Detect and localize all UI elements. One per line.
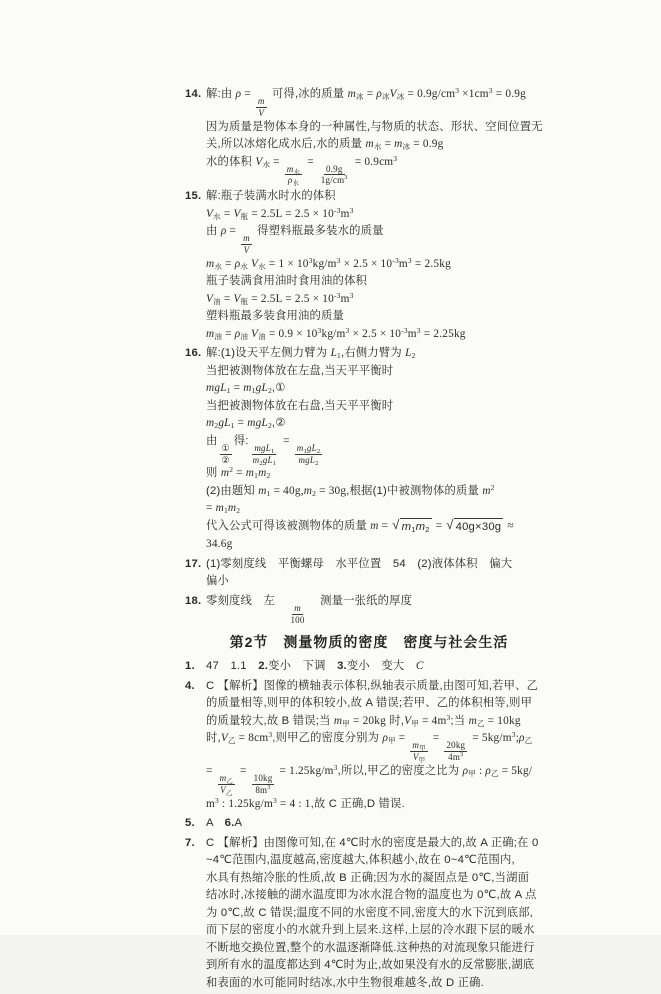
formula: = bbox=[237, 765, 250, 777]
formula: m冰 = ρ冰V冰 = 0.9g/cm3 ×1cm3 = 0.9g bbox=[348, 88, 526, 100]
answer-entry-16: 16.解:(1)设天平左侧力臂为 L1,右侧力臂为 L2当把被测物体放在左盘,当… bbox=[185, 345, 553, 554]
solution-line: 的质量相等,则甲的体积较小,故 A 错误;若甲、乙的体积相等,则甲 bbox=[206, 695, 553, 713]
solution-line: C 【解析】图像的横轴表示体积,纵轴表示质量,由图可知,若甲、乙 bbox=[206, 678, 553, 696]
solution-line: 则 m2 = m1m2 bbox=[206, 465, 553, 483]
fraction: m水ρ水 bbox=[285, 164, 302, 187]
answer-entry-7: 7.C 【解析】由图像可知,在 4℃时水的密度是最大的,故 A 正确;在 0~4… bbox=[185, 835, 553, 935]
formula: ρ甲 = bbox=[382, 732, 408, 744]
text-run: ,故 C 正确,D 错误. bbox=[311, 798, 405, 810]
formula: = bbox=[433, 520, 446, 532]
text-run: 测量一张纸的厚度 bbox=[309, 595, 412, 607]
solution-line: 关,所以冰熔化成水后,水的质量 m水 = m冰 = 0.9g bbox=[206, 136, 553, 154]
text-run: 偏小 bbox=[206, 575, 229, 587]
formula: = m1m2 bbox=[206, 502, 240, 514]
fraction: mV bbox=[241, 233, 252, 256]
formula: L2 bbox=[405, 347, 415, 359]
solution-line: (1)零刻度线 平衡螺母 水平位置 54 (2)液体体积 偏大 bbox=[206, 556, 553, 574]
problem-number: 7. bbox=[185, 835, 195, 853]
solution-line: ~4℃范围内,温度越高,密度越大,体积越小,故在 0~4℃范围内, bbox=[206, 852, 553, 870]
formula: ρ = bbox=[221, 225, 239, 237]
solution-line: 解:由 ρ = mV 可得,冰的质量 m冰 = ρ冰V冰 = 0.9g/cm3 … bbox=[206, 86, 553, 119]
solution-line: 塑料瓶最多装食用油的质量 bbox=[206, 308, 553, 326]
solution-line: 因为质量是物体本身的一种属性,与物质的状态、形状、空间位置无 bbox=[206, 119, 553, 137]
formula: m1 = 40g,m2 = 30g bbox=[258, 485, 346, 497]
fraction: m甲V甲 bbox=[410, 740, 427, 763]
answer-entry-17: 17.(1)零刻度线 平衡螺母 水平位置 54 (2)液体体积 偏大偏小 bbox=[185, 556, 553, 591]
solution-line: 34.6g bbox=[206, 536, 553, 554]
text-run: 的质量较大,故 B 错误;当 bbox=[206, 715, 334, 727]
answer-entry-18: 18.零刻度线 左 m100 测量一张纸的厚度 bbox=[185, 593, 553, 626]
formula: m = bbox=[370, 520, 391, 532]
text-run: 变小 下调 bbox=[268, 660, 337, 672]
answer-entry-14: 14.解:由 ρ = mV 可得,冰的质量 m冰 = ρ冰V冰 = 0.9g/c… bbox=[185, 86, 553, 186]
text-run: 塑料瓶最多装食用油的质量 bbox=[206, 310, 344, 322]
inline-answer-number: 6. bbox=[225, 817, 235, 829]
problem-number: 5. bbox=[185, 815, 195, 833]
formula: = bbox=[304, 156, 317, 168]
problem-number: 16. bbox=[185, 345, 201, 363]
fraction: mgL1m2gL1 bbox=[251, 443, 279, 466]
text-run: 结冰时,冰接触的湖水温度即为冰水混合物的温度也为 0℃,故 A 点 bbox=[206, 889, 537, 901]
solution-line: 由 ρ = mV 得塑料瓶最多装水的质量 bbox=[206, 223, 553, 256]
text-run: 解:(1)设天平左侧力臂为 bbox=[206, 347, 331, 359]
answer-entry-15: 15.解:瓶子装满水时水的体积V水 = V瓶 = 2.5L = 2.5 × 10… bbox=[185, 188, 553, 343]
text-run: ~4℃范围内,温度越高,密度越大,体积越小,故在 0~4℃范围内, bbox=[206, 854, 515, 866]
formula: m水 = ρ水 V水 = 1 × 103kg/m3 × 2.5 × 10-3m3… bbox=[206, 258, 451, 270]
square-root: √40g×30g bbox=[446, 518, 503, 537]
formula: V油 = V瓶 = 2.5L = 2.5 × 10-3m3 bbox=[206, 293, 354, 305]
solution-line: 水的体积 V水 = m水ρ水 = 0.9g1g/cm3 = 0.9cm3 bbox=[206, 154, 553, 187]
text-run: 水的体积 bbox=[206, 156, 255, 168]
page-content-column: 14.解:由 ρ = mV 可得,冰的质量 m冰 = ρ冰V冰 = 0.9g/c… bbox=[185, 86, 553, 935]
solution-line: m油 = ρ油 V油 = 0.9 × 103kg/m3 × 2.5 × 10-3… bbox=[206, 326, 553, 344]
text-run: 瓶子装满食用油时食用油的体积 bbox=[206, 275, 367, 287]
solution-line: m水 = ρ水 V水 = 1 × 103kg/m3 × 2.5 × 10-3m3… bbox=[206, 256, 553, 274]
solution-line: = m乙V乙 = 10kg8m3 = 1.25kg/m3,所以,甲乙的密度之比为… bbox=[206, 763, 553, 796]
fraction: 0.9g1g/cm3 bbox=[319, 164, 350, 187]
solution-line: 结冰时,冰接触的湖水温度即为冰水混合物的温度也为 0℃,故 A 点 bbox=[206, 887, 553, 905]
formula: V甲 = 4m3 bbox=[404, 715, 450, 727]
text-run: A bbox=[234, 817, 242, 829]
solution-line: 零刻度线 左 m100 测量一张纸的厚度 bbox=[206, 593, 553, 626]
text-run: 而下层的密度小的水就升到上层来.这样,上层的冷水跟下层的暖水 bbox=[206, 924, 535, 935]
solution-line: = m1m2 bbox=[206, 500, 553, 518]
formula: V水 = V瓶 = 2.5L = 2.5 × 10-3m3 bbox=[206, 208, 354, 220]
text-run: 水具有热缩冷胀的性质,故 B 正确;因为水的凝固点是 0℃,当湖面 bbox=[206, 872, 529, 884]
text-run: 变小 变大 bbox=[347, 660, 416, 672]
fraction: m1gL2mgL2 bbox=[295, 443, 323, 466]
inline-answer-number: 3. bbox=[337, 660, 347, 672]
formula: V乙 = 8cm3 bbox=[221, 732, 272, 744]
solution-line: 47 1.1 2.变小 下调 3.变小 变大 C bbox=[206, 658, 553, 676]
formula: = bbox=[430, 732, 443, 744]
solution-line: A 6.A bbox=[206, 815, 553, 833]
formula: = bbox=[206, 765, 216, 777]
solution-line: 而下层的密度小的水就升到上层来.这样,上层的冷水跟下层的暖水 bbox=[206, 922, 553, 935]
text-run: 代入公式可得该被测物体的质量 bbox=[206, 520, 370, 532]
formula: m油 = ρ油 V油 = 0.9 × 103kg/m3 × 2.5 × 10-3… bbox=[206, 328, 466, 340]
solution-line: mgL1 = m1gL2,① bbox=[206, 380, 553, 398]
solution-line: (2)由题知 m1 = 40g,m2 = 30g,根据(1)中被测物体的质量 m… bbox=[206, 483, 553, 501]
problem-number: 18. bbox=[185, 593, 201, 611]
formula: m乙 = 10kg bbox=[469, 715, 521, 727]
solution-line: C 【解析】由图像可知,在 4℃时水的密度是最大的,故 A 正确;在 0 bbox=[206, 835, 553, 853]
text-run: 零刻度线 左 bbox=[206, 595, 286, 607]
solution-line: m2gL1 = mgL2,② bbox=[206, 415, 553, 433]
answer-entry-1: 1.47 1.1 2.变小 下调 3.变小 变大 C bbox=[185, 658, 553, 676]
formula: = 5kg/m3;ρ乙 bbox=[469, 732, 532, 744]
text-run: 由 bbox=[206, 435, 218, 447]
problem-number: 1. bbox=[185, 658, 195, 676]
text-run: 解:由 bbox=[206, 88, 236, 100]
text-run: C 【解析】图像的横轴表示体积,纵轴表示质量,由图可知,若甲、乙 bbox=[206, 680, 538, 692]
text-run: 因为质量是物体本身的一种属性,与物质的状态、形状、空间位置无 bbox=[206, 121, 543, 133]
square-root: √m1m2 bbox=[392, 518, 431, 537]
text-run: 解:瓶子装满水时水的体积 bbox=[206, 190, 336, 202]
answer-entry-4: 4.C 【解析】图像的横轴表示体积,纵轴表示质量,由图可知,若甲、乙的质量相等,… bbox=[185, 678, 553, 813]
inline-answer-number: 2. bbox=[258, 660, 268, 672]
solution-line: 瓶子装满食用油时食用油的体积 bbox=[206, 273, 553, 291]
formula: V水 = bbox=[255, 156, 282, 168]
formula: 34.6g bbox=[206, 538, 232, 550]
formula: mgL1 = m1gL2 bbox=[206, 382, 272, 394]
text-run: (2)由题知 bbox=[206, 485, 258, 497]
solution-line: 的质量较大,故 B 错误;当 m甲 = 20kg 时,V甲 = 4m3;当 m乙… bbox=[206, 713, 553, 731]
solution-line: V水 = V瓶 = 2.5L = 2.5 × 10-3m3 bbox=[206, 206, 553, 224]
text-run: 为 0℃,故 C 错误;温度不同的水密度不同,密度大的水下沉到底部, bbox=[206, 907, 533, 919]
section-solutions-14-18: 14.解:由 ρ = mV 可得,冰的质量 m冰 = ρ冰V冰 = 0.9g/c… bbox=[185, 86, 553, 625]
formula: m3 : 1.25kg/m3 = 4 : 1 bbox=[206, 798, 311, 810]
text-run: (1)零刻度线 平衡螺母 水平位置 54 (2)液体体积 偏大 bbox=[206, 558, 512, 570]
section-2-answers: 1.47 1.1 2.变小 下调 3.变小 变大 C4.C 【解析】图像的横轴表… bbox=[185, 658, 553, 935]
text-run: 由 bbox=[206, 225, 221, 237]
formula: m2 bbox=[482, 485, 494, 497]
answer-entry-5: 5.A 6.A bbox=[185, 815, 553, 833]
text-run: A bbox=[206, 817, 225, 829]
text-run: ,右侧力臂为 bbox=[341, 347, 405, 359]
formula: = 1.25kg/m3 bbox=[276, 765, 337, 777]
problem-number: 4. bbox=[185, 678, 195, 696]
problem-number: 15. bbox=[185, 188, 201, 206]
text-run: 则 bbox=[206, 467, 221, 479]
section-heading: 第2节 测量物质的密度 密度与社会生活 bbox=[185, 632, 553, 652]
formula: = 0.9cm3 bbox=[352, 156, 398, 168]
solution-line: 水具有热缩冷胀的性质,故 B 正确;因为水的凝固点是 0℃,当湖面 bbox=[206, 870, 553, 888]
problem-number: 14. bbox=[185, 86, 201, 104]
fraction: m乙V乙 bbox=[218, 773, 235, 796]
text-run: ,① bbox=[272, 382, 286, 394]
fraction: ①② bbox=[220, 443, 232, 466]
solution-line: 当把被测物体放在右盘,当天平平衡时 bbox=[206, 398, 553, 416]
solution-line: 解:瓶子装满水时水的体积 bbox=[206, 188, 553, 206]
formula: m2 = m1m2 bbox=[221, 467, 271, 479]
text-run: 得: bbox=[234, 435, 249, 447]
text-run: 可得,冰的质量 bbox=[269, 88, 348, 100]
solution-line: 当把被测物体放在左盘,当天平平衡时 bbox=[206, 363, 553, 381]
text-run: ,② bbox=[272, 417, 286, 429]
text-run: 当把被测物体放在右盘,当天平平衡时 bbox=[206, 400, 393, 412]
formula: L1 bbox=[331, 347, 341, 359]
text-run: 得塑料瓶最多装水的质量 bbox=[254, 225, 384, 237]
text-run: 当把被测物体放在左盘,当天平平衡时 bbox=[206, 365, 393, 377]
formula: = bbox=[280, 435, 293, 447]
fraction: 10kg8m3 bbox=[252, 773, 275, 796]
scanned-answer-page: 14.解:由 ρ = mV 可得,冰的质量 m冰 = ρ冰V冰 = 0.9g/c… bbox=[0, 0, 661, 935]
problem-number: 17. bbox=[185, 556, 201, 574]
text-run: ,根据(1)中被测物体的质量 bbox=[346, 485, 482, 497]
text-run: ,所以,甲乙的密度之比为 bbox=[338, 765, 463, 777]
text-run: 时, bbox=[386, 715, 404, 727]
formula: ρ甲 : ρ乙 = 5kg/ bbox=[463, 765, 533, 777]
solution-line: 偏小 bbox=[206, 573, 553, 591]
solution-line: 代入公式可得该被测物体的质量 m = √m1m2 = √40g×30g ≈ bbox=[206, 518, 553, 537]
solution-line: V油 = V瓶 = 2.5L = 2.5 × 10-3m3 bbox=[206, 291, 553, 309]
formula: ≈ bbox=[504, 520, 513, 532]
solution-line: 时,V乙 = 8cm3,则甲乙的密度分别为 ρ甲 = m甲V甲 = 20kg4m… bbox=[206, 730, 553, 763]
formula: m甲 = 20kg bbox=[334, 715, 386, 727]
text-run: ;当 bbox=[450, 715, 468, 727]
fraction: m100 bbox=[288, 603, 306, 626]
formula: ρ = bbox=[236, 88, 254, 100]
fraction: 20kg4m3 bbox=[444, 740, 467, 763]
text-run: 时, bbox=[206, 732, 221, 744]
text-run: 47 1.1 bbox=[206, 660, 258, 672]
formula: m2gL1 = mgL2 bbox=[206, 417, 272, 429]
formula: m水 = m冰 = 0.9g bbox=[365, 138, 443, 150]
formula: C bbox=[416, 660, 424, 672]
solution-line: 由①②得:mgL1m2gL1 = m1gL2mgL2 bbox=[206, 433, 553, 466]
solution-line: m3 : 1.25kg/m3 = 4 : 1,故 C 正确,D 错误. bbox=[206, 796, 553, 814]
text-run: 的质量相等,则甲的体积较小,故 A 错误;若甲、乙的体积相等,则甲 bbox=[206, 697, 532, 709]
text-run: C 【解析】由图像可知,在 4℃时水的密度是最大的,故 A 正确;在 0 bbox=[206, 837, 538, 849]
fraction: mV bbox=[256, 96, 267, 119]
text-run: 关,所以冰熔化成水后,水的质量 bbox=[206, 138, 365, 150]
solution-line: 为 0℃,故 C 错误;温度不同的水密度不同,密度大的水下沉到底部, bbox=[206, 905, 553, 923]
text-run: ,则甲乙的密度分别为 bbox=[272, 732, 382, 744]
solution-line: 解:(1)设天平左侧力臂为 L1,右侧力臂为 L2 bbox=[206, 345, 553, 363]
